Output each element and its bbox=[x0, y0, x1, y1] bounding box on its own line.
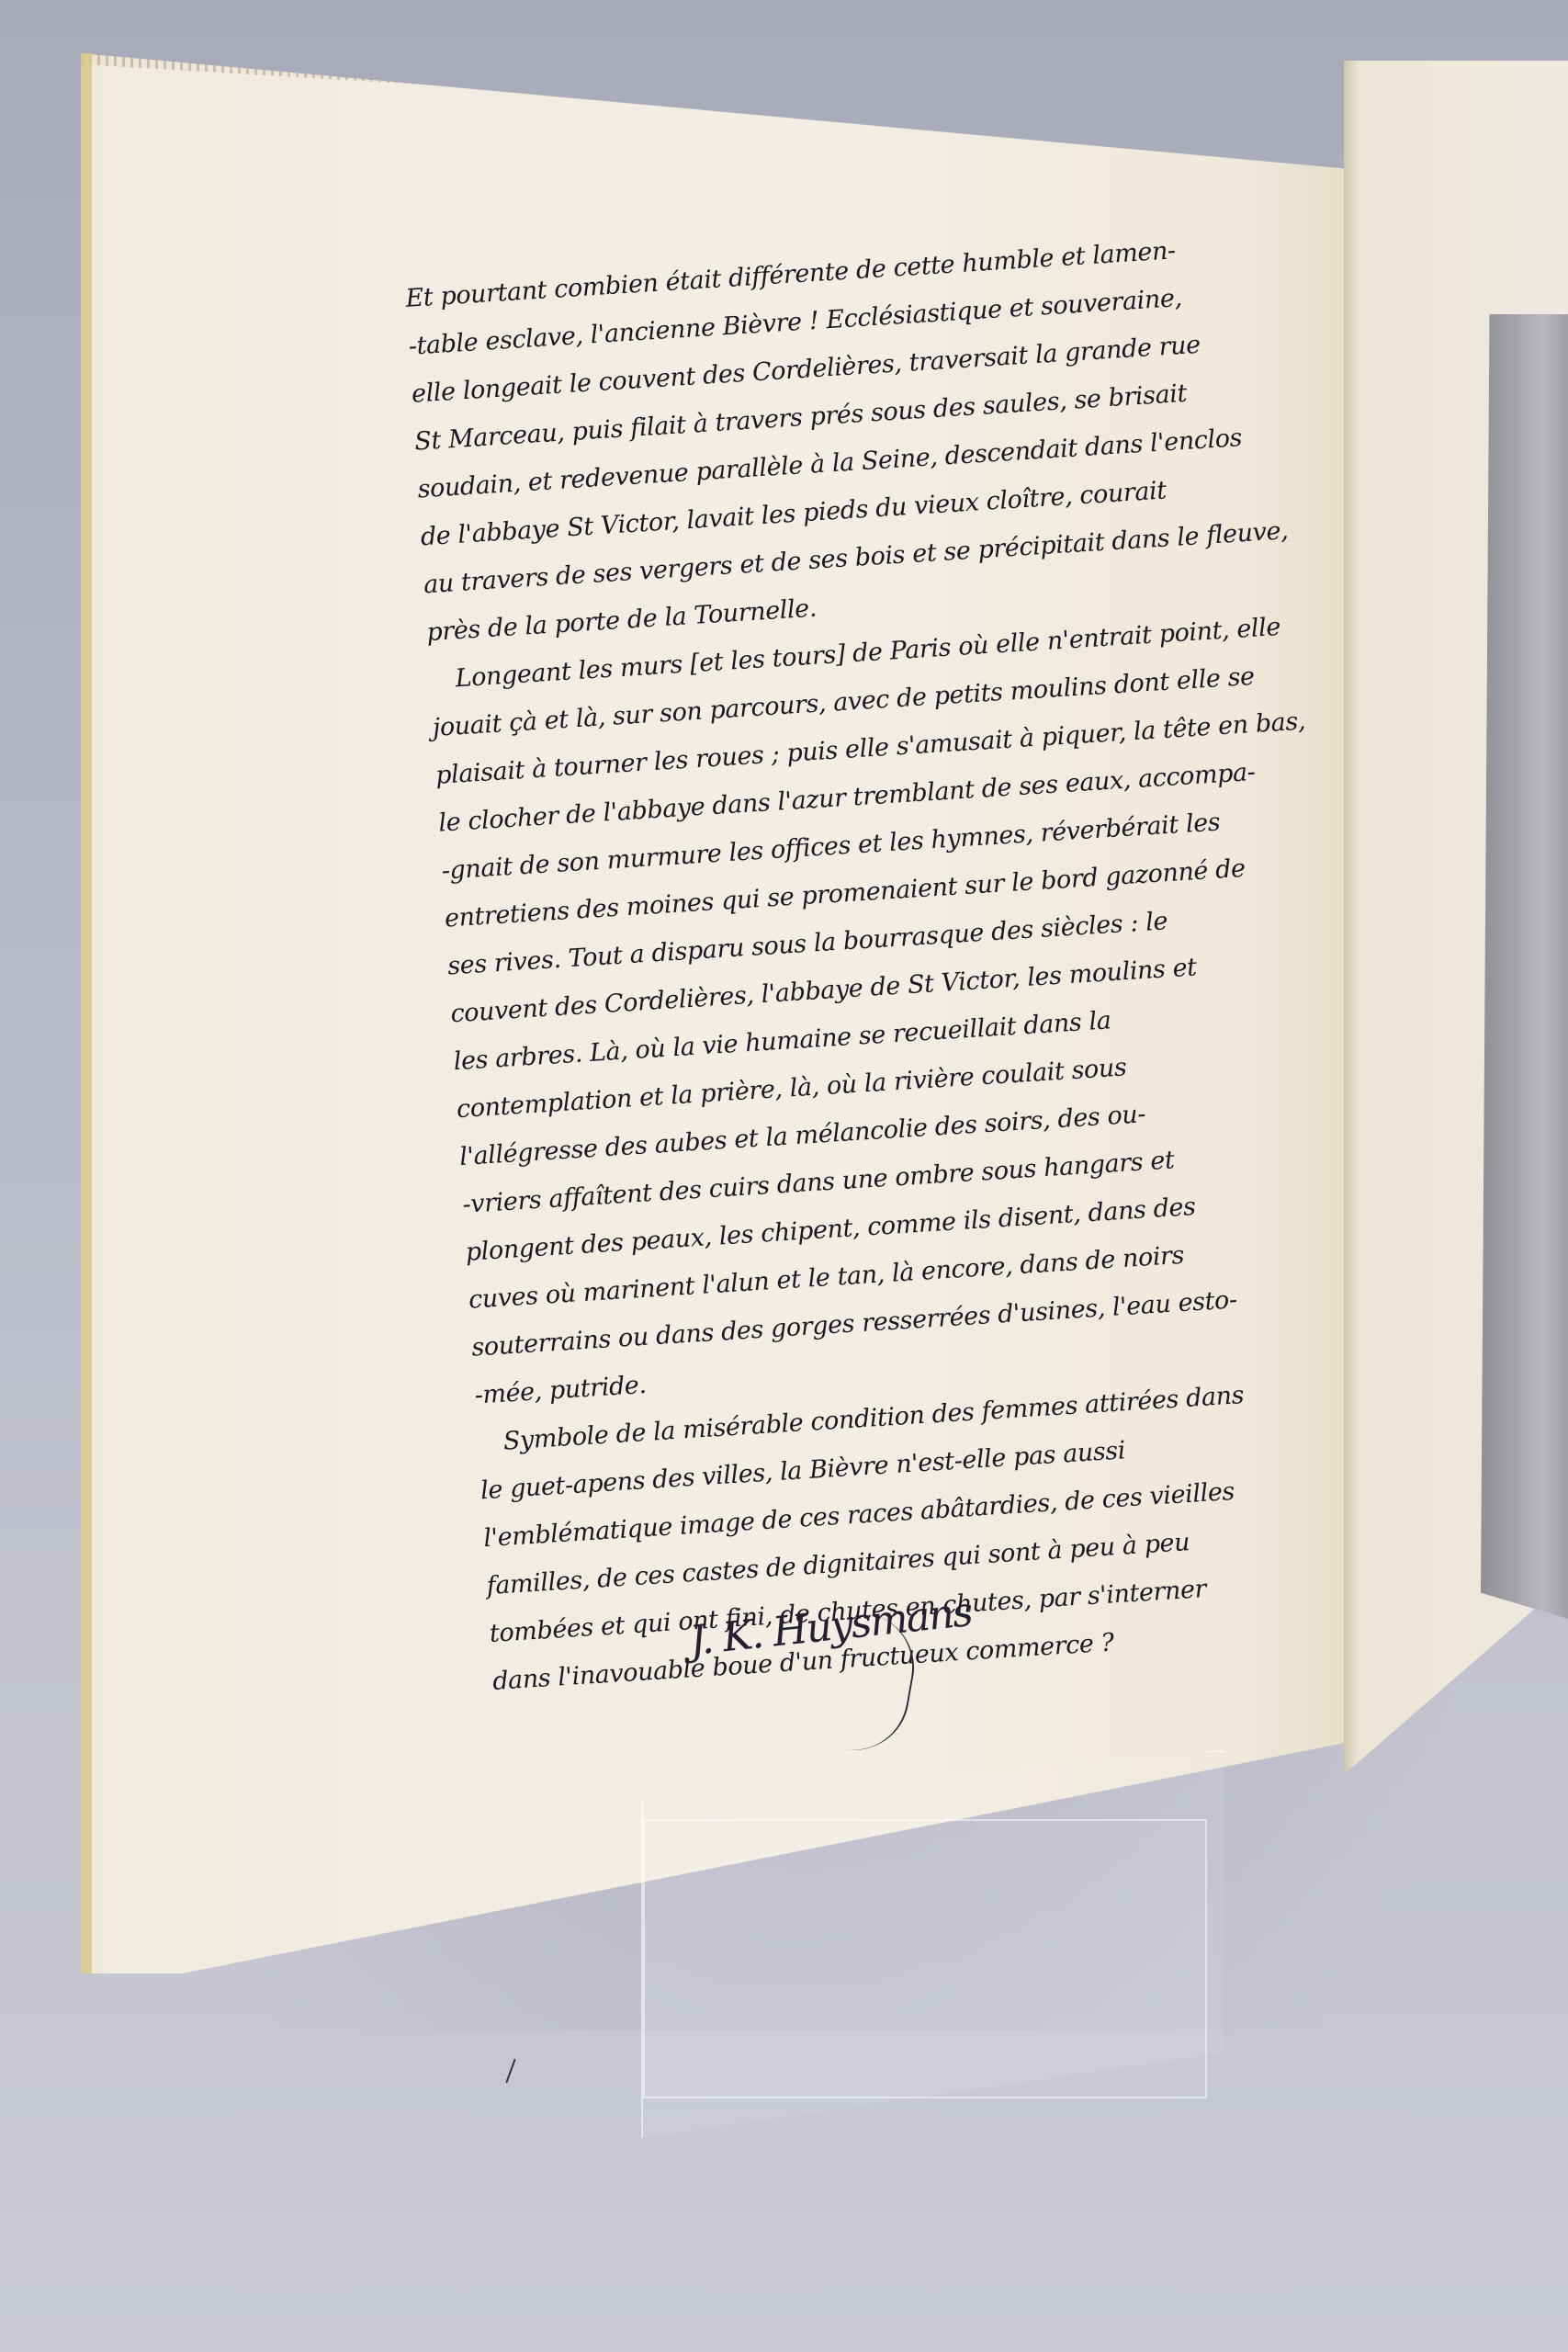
manuscript-text: Et pourtant combien était différente de … bbox=[404, 222, 1337, 1706]
left-cover-edge bbox=[81, 53, 92, 1973]
dust-hair bbox=[505, 2059, 515, 2084]
acrylic-stand-front bbox=[643, 1819, 1207, 2098]
plate-illustration bbox=[1481, 314, 1568, 1619]
